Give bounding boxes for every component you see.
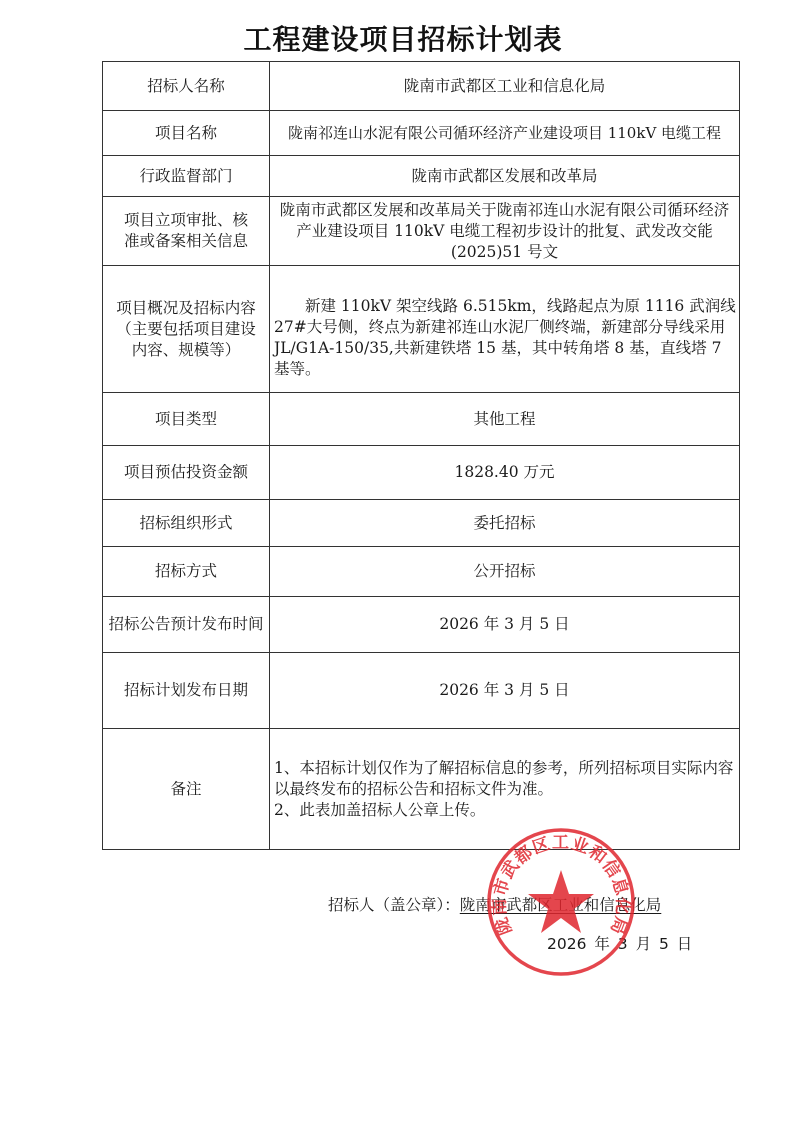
row-value: 2026 年 3 月 5 日	[270, 597, 740, 653]
table-row: 招标公告预计发布时间 2026 年 3 月 5 日	[103, 597, 740, 653]
row-value: 陇南市武都区发展和改革局关于陇南祁连山水泥有限公司循环经济产业建设项目 110k…	[270, 197, 740, 266]
row-value: 1828.40 万元	[270, 446, 740, 500]
row-label: 行政监督部门	[103, 156, 270, 197]
row-value: 公开招标	[270, 547, 740, 597]
row-value: 陇南市武都区发展和改革局	[270, 156, 740, 197]
signature-label: 招标人（盖公章）：	[328, 896, 460, 914]
row-value: 委托招标	[270, 500, 740, 547]
row-value: 其他工程	[270, 393, 740, 446]
row-label: 项目名称	[103, 111, 270, 156]
table-row: 招标方式 公开招标	[103, 547, 740, 597]
table-row: 招标计划发布日期 2026 年 3 月 5 日	[103, 653, 740, 729]
table-row: 项目立项审批、核准或备案相关信息 陇南市武都区发展和改革局关于陇南祁连山水泥有限…	[103, 197, 740, 266]
row-label: 招标方式	[103, 547, 270, 597]
table-row: 项目概况及招标内容（主要包括项目建设内容、规模等） 新建 110kV 架空线路 …	[103, 266, 740, 393]
document-title: 工程建设项目招标计划表	[0, 18, 793, 58]
row-label: 项目概况及招标内容（主要包括项目建设内容、规模等）	[103, 266, 270, 393]
row-value: 2026 年 3 月 5 日	[270, 653, 740, 729]
row-value: 陇南祁连山水泥有限公司循环经济产业建设项目 110kV 电缆工程	[270, 111, 740, 156]
row-label: 招标公告预计发布时间	[103, 597, 270, 653]
tender-plan-table: 招标人名称 陇南市武都区工业和信息化局 项目名称 陇南祁连山水泥有限公司循环经济…	[102, 61, 740, 850]
row-value: 新建 110kV 架空线路 6.515km，线路起点为原 1116 武润线 27…	[270, 266, 740, 393]
row-label: 招标组织形式	[103, 500, 270, 547]
row-label: 招标计划发布日期	[103, 653, 270, 729]
remark-line: 1、本招标计划仅作为了解招标信息的参考，所列招标项目实际内容以最终发布的招标公告…	[274, 758, 737, 800]
row-label: 项目预估投资金额	[103, 446, 270, 500]
signature-date: 2026 年 3 月 5 日	[547, 932, 692, 954]
remark-line: 2、此表加盖招标人公章上传。	[274, 800, 737, 821]
row-label: 项目类型	[103, 393, 270, 446]
table-row: 项目类型 其他工程	[103, 393, 740, 446]
row-label: 项目立项审批、核准或备案相关信息	[103, 197, 270, 266]
remarks-cell: 1、本招标计划仅作为了解招标信息的参考，所列招标项目实际内容以最终发布的招标公告…	[270, 729, 740, 850]
row-label: 招标人名称	[103, 62, 270, 111]
table-row: 项目预估投资金额 1828.40 万元	[103, 446, 740, 500]
signature-org: 陇南市武都区工业和信息化局	[460, 896, 668, 914]
table-row: 招标组织形式 委托招标	[103, 500, 740, 547]
table-row: 项目名称 陇南祁连山水泥有限公司循环经济产业建设项目 110kV 电缆工程	[103, 111, 740, 156]
row-value: 陇南市武都区工业和信息化局	[270, 62, 740, 111]
table-row: 招标人名称 陇南市武都区工业和信息化局	[103, 62, 740, 111]
table-row: 备注 1、本招标计划仅作为了解招标信息的参考，所列招标项目实际内容以最终发布的招…	[103, 729, 740, 850]
signature-line: 招标人（盖公章）：陇南市武都区工业和信息化局	[328, 893, 667, 915]
row-label: 备注	[103, 729, 270, 850]
table-row: 行政监督部门 陇南市武都区发展和改革局	[103, 156, 740, 197]
